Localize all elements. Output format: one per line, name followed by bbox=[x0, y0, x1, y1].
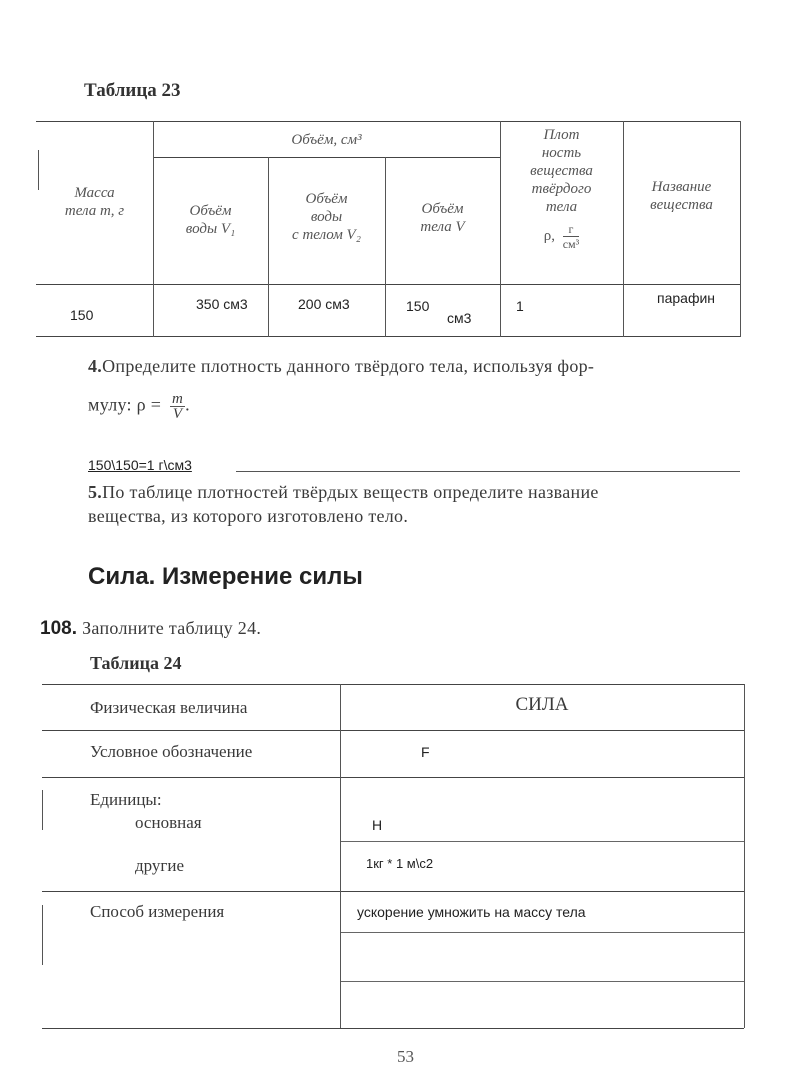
density-value[interactable]: 1 bbox=[516, 298, 524, 314]
task4-text: 4.Определите плотность данного твёрдого … bbox=[88, 356, 594, 377]
v-unit: см3 bbox=[447, 310, 471, 326]
v2-value[interactable]: 200 см3 bbox=[298, 296, 350, 312]
v2-header: Объём воды с телом V₂ bbox=[268, 190, 385, 244]
measurement-method-value[interactable]: ускорение умножить на массу тела bbox=[357, 904, 586, 920]
v-value[interactable]: 150 bbox=[406, 298, 429, 314]
v1-value[interactable]: 350 см3 bbox=[196, 296, 248, 312]
page-number: 53 bbox=[0, 1047, 811, 1067]
substance-name-value[interactable]: парафин bbox=[657, 290, 715, 306]
units-other-value[interactable]: 1кг * 1 м\с2 bbox=[366, 856, 433, 871]
task4-answer[interactable]: 150\150=1 г\см3 bbox=[88, 457, 192, 473]
row-label-units: Единицы: bbox=[90, 790, 162, 810]
symbol-value[interactable]: F bbox=[421, 744, 430, 760]
v1-header: Объём воды V₁ bbox=[153, 202, 268, 238]
task4-formula: мулу: ρ = mV. bbox=[88, 392, 190, 421]
mass-header: Масса тела m, г bbox=[36, 184, 153, 220]
physical-quantity-value: СИЛА bbox=[340, 694, 744, 716]
row-label-measurement-method: Способ измерения bbox=[90, 902, 224, 922]
density-unit: ρ, гсм³ bbox=[500, 222, 623, 251]
task5-text: 5.По таблице плотностей твёрдых веществ … bbox=[88, 482, 599, 503]
table24-title: Таблица 24 bbox=[90, 653, 181, 674]
task5-text-2: вещества, из которого изготовлено тело. bbox=[88, 506, 408, 527]
units-main-label: основная bbox=[135, 813, 202, 833]
measurement-method-line-3[interactable] bbox=[342, 983, 742, 1026]
task108: 108. Заполните таблицу 24. bbox=[40, 618, 261, 640]
mass-value[interactable]: 150 bbox=[70, 307, 93, 323]
units-other-label: другие bbox=[135, 856, 184, 876]
row-label-symbol: Условное обозначение bbox=[90, 742, 252, 762]
task4-answer-line[interactable]: 150\150=1 г\см3 bbox=[88, 455, 740, 475]
units-main-value[interactable]: Н bbox=[372, 817, 382, 833]
section-title: Сила. Измерение силы bbox=[88, 563, 363, 591]
v-header: Объём тела V bbox=[385, 200, 500, 236]
volume-group-header: Объём, см³ bbox=[153, 131, 500, 149]
table23-title: Таблица 23 bbox=[84, 80, 181, 102]
density-header: Плот ность вещества твёрдого тела ρ, гсм… bbox=[500, 126, 623, 251]
measurement-method-line-2[interactable] bbox=[342, 934, 742, 979]
name-header: Название вещества bbox=[623, 178, 740, 214]
row-label-physical-quantity: Физическая величина bbox=[90, 698, 247, 718]
